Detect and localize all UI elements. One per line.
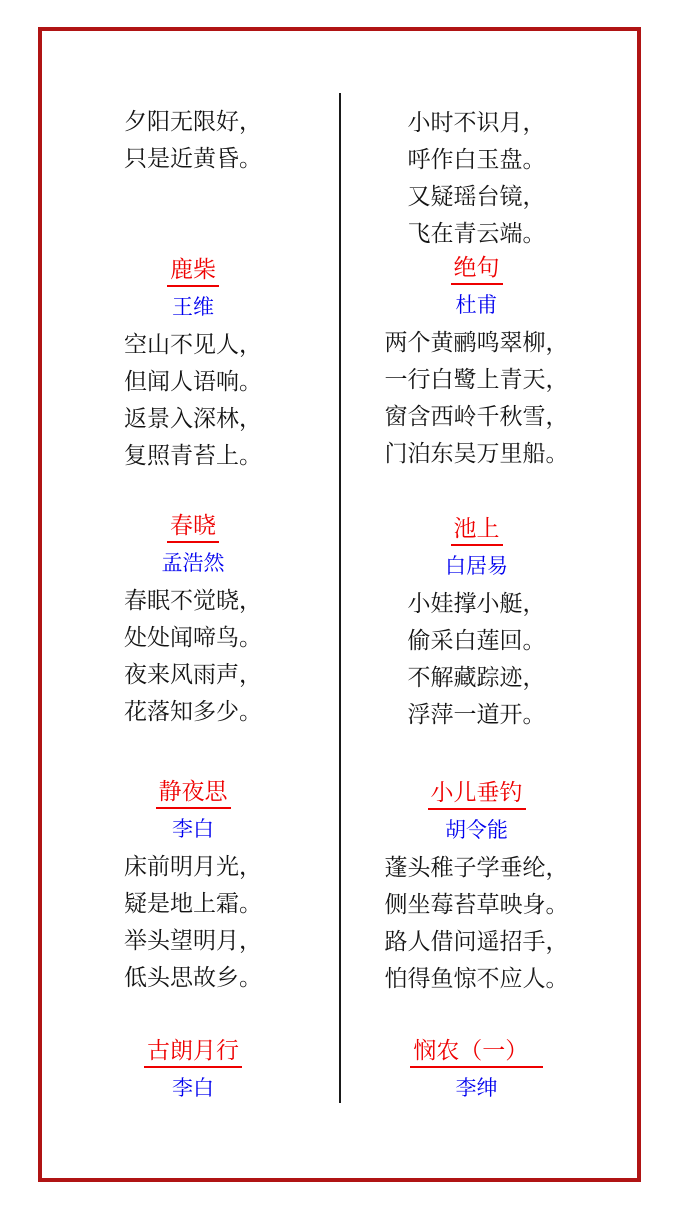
document-page: 夕阳无限好， 只是近黄昏。 鹿柴 王维 空山不见人， 但闻人语响。 返景入深林，… <box>0 0 680 1209</box>
poem-line: 怕得鱼惊不应人。 <box>332 958 621 995</box>
poem-line: 呼作白玉盘。 <box>332 139 621 176</box>
poem-line: 路人借问遥招手， <box>332 921 621 958</box>
poem-title: 静夜思 <box>49 772 337 809</box>
poem-line: 门泊东吴万里船。 <box>332 433 621 470</box>
poem-line: 飞在青云端。 <box>332 213 621 250</box>
poem-continuation: 夕阳无限好， 只是近黄昏。 <box>49 101 337 175</box>
poem-line: 浮萍一道开。 <box>332 694 621 731</box>
poem-line: 两个黄鹂鸣翠柳， <box>332 322 621 359</box>
poem-line: 不解藏踪迹， <box>332 657 621 694</box>
poem-line: 一行白鹭上青天， <box>332 359 621 396</box>
poem-author: 李白 <box>49 809 337 846</box>
poem-author: 王维 <box>49 287 337 324</box>
poem-line: 只是近黄昏。 <box>49 138 337 175</box>
poem-line: 空山不见人， <box>49 324 337 361</box>
poem-line: 窗含西岭千秋雪， <box>332 396 621 433</box>
poem-title-text: 古朗月行 <box>144 1032 242 1068</box>
poem-title: 古朗月行 <box>49 1031 337 1068</box>
poem-line: 侧坐莓苔草映身。 <box>332 884 621 921</box>
poem-title-text: 鹿柴 <box>167 251 219 287</box>
poem-author: 李绅 <box>332 1068 621 1105</box>
poem-title: 鹿柴 <box>49 250 337 287</box>
poem-line: 春眠不觉晓， <box>49 580 337 617</box>
poem-title: 池上 <box>332 509 621 546</box>
poem-title: 绝句 <box>332 248 621 285</box>
poem-author: 胡令能 <box>332 810 621 847</box>
poem-line: 复照青苔上。 <box>49 435 337 472</box>
poem-line: 床前明月光， <box>49 846 337 883</box>
poem-title-text: 静夜思 <box>156 773 231 809</box>
poem-section-header: 古朗月行 李白 <box>49 1031 337 1105</box>
poem-title-text: 春晓 <box>167 507 219 543</box>
poem-section: 池上 白居易 小娃撑小艇， 偷采白莲回。 不解藏踪迹， 浮萍一道开。 <box>332 509 621 731</box>
poem-line: 夕阳无限好， <box>49 101 337 138</box>
poem-line: 举头望明月， <box>49 920 337 957</box>
poem-title-text: 悯农（一） <box>410 1032 543 1068</box>
poem-line: 夜来风雨声， <box>49 654 337 691</box>
poem-section: 静夜思 李白 床前明月光， 疑是地上霜。 举头望明月， 低头思故乡。 <box>49 772 337 994</box>
poem-line: 偷采白莲回。 <box>332 620 621 657</box>
column-right: 小时不识月， 呼作白玉盘。 又疑瑶台镜， 飞在青云端。 绝句 杜甫 两个黄鹂鸣翠… <box>332 0 621 1209</box>
poem-section: 绝句 杜甫 两个黄鹂鸣翠柳， 一行白鹭上青天， 窗含西岭千秋雪， 门泊东吴万里船… <box>332 248 621 470</box>
poem-line: 疑是地上霜。 <box>49 883 337 920</box>
poem-section: 小儿垂钓 胡令能 蓬头稚子学垂纶， 侧坐莓苔草映身。 路人借问遥招手， 怕得鱼惊… <box>332 773 621 995</box>
poem-line: 低头思故乡。 <box>49 957 337 994</box>
poem-line: 返景入深林， <box>49 398 337 435</box>
poem-section-header: 悯农（一） 李绅 <box>332 1031 621 1105</box>
poem-title: 春晓 <box>49 506 337 543</box>
column-left: 夕阳无限好， 只是近黄昏。 鹿柴 王维 空山不见人， 但闻人语响。 返景入深林，… <box>49 0 337 1209</box>
poem-section: 春晓 孟浩然 春眠不觉晓， 处处闻啼鸟。 夜来风雨声， 花落知多少。 <box>49 506 337 728</box>
poem-title-text: 小儿垂钓 <box>428 774 526 810</box>
poem-continuation: 小时不识月， 呼作白玉盘。 又疑瑶台镜， 飞在青云端。 <box>332 102 621 250</box>
poem-title-text: 池上 <box>451 510 503 546</box>
poem-line: 小时不识月， <box>332 102 621 139</box>
poem-line: 花落知多少。 <box>49 691 337 728</box>
poem-line: 蓬头稚子学垂纶， <box>332 847 621 884</box>
poem-title-text: 绝句 <box>451 249 503 285</box>
poem-author: 白居易 <box>332 546 621 583</box>
poem-line: 处处闻啼鸟。 <box>49 617 337 654</box>
poem-line: 又疑瑶台镜， <box>332 176 621 213</box>
poem-section: 鹿柴 王维 空山不见人， 但闻人语响。 返景入深林， 复照青苔上。 <box>49 250 337 472</box>
poem-author: 杜甫 <box>332 285 621 322</box>
poem-author: 李白 <box>49 1068 337 1105</box>
poem-line: 但闻人语响。 <box>49 361 337 398</box>
poem-author: 孟浩然 <box>49 543 337 580</box>
poem-title: 悯农（一） <box>332 1031 621 1068</box>
poem-line: 小娃撑小艇， <box>332 583 621 620</box>
poem-title: 小儿垂钓 <box>332 773 621 810</box>
